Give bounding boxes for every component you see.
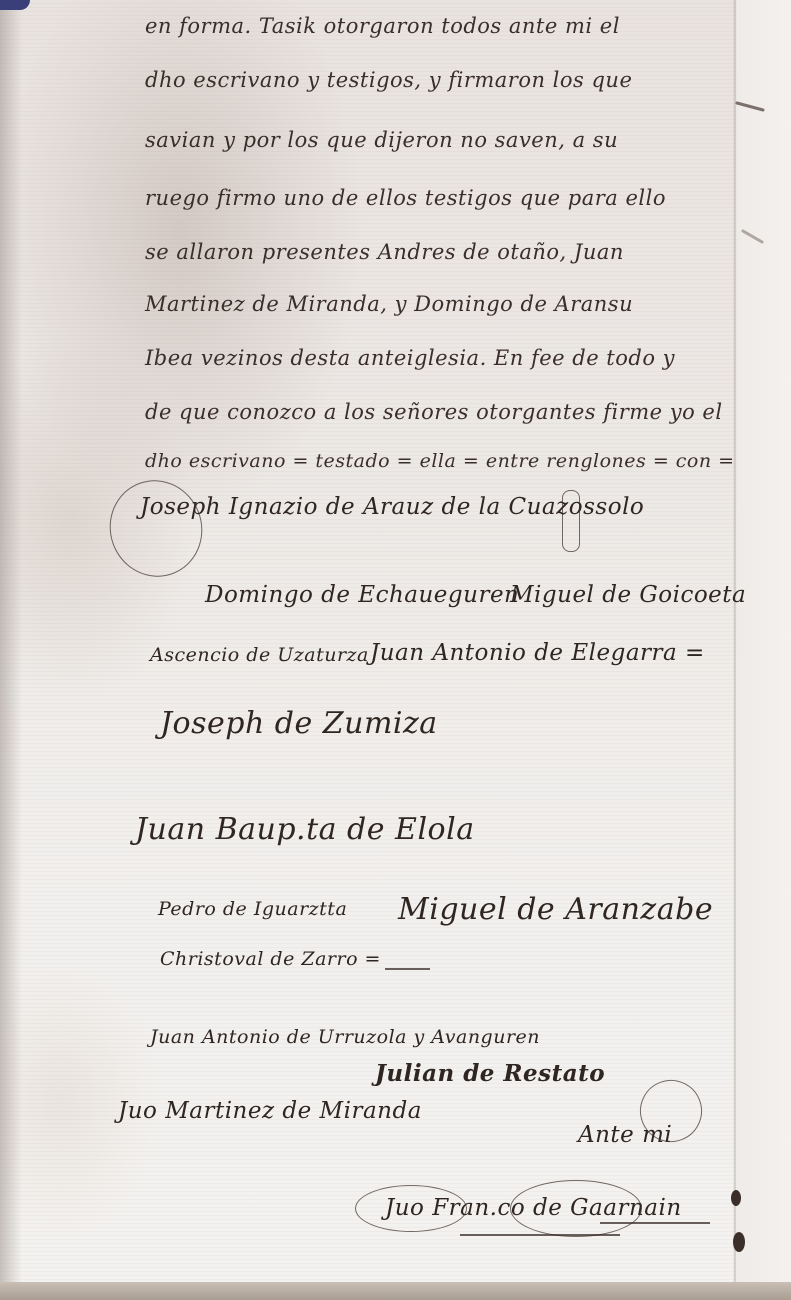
signature: Juan Antonio de Urruzola y Avanguren — [150, 1026, 540, 1048]
signature-flourish — [355, 1185, 467, 1232]
rubric-flourish — [562, 490, 580, 552]
body-line: en forma. Tasik otorgaron todos ante mi … — [145, 14, 620, 38]
manuscript-page: en forma. Tasik otorgaron todos ante mi … — [0, 0, 791, 1300]
signature: Ascencio de Uzaturza — [150, 644, 369, 666]
rubric-lines — [600, 1222, 710, 1224]
signature: Domingo de Echaueguren — [205, 582, 519, 608]
signature: Miguel de Goicoeta — [510, 582, 746, 608]
signature: Juan Baup.ta de Elola — [135, 812, 475, 847]
binding-shadow — [0, 0, 22, 1300]
body-line: Martinez de Miranda, y Domingo de Aransu — [145, 292, 633, 316]
adjacent-page-edge — [737, 0, 791, 1300]
signature: Miguel de Aranzabe — [398, 892, 713, 927]
body-line: de que conozco a los señores otorgantes … — [145, 400, 723, 424]
body-line: ruego firmo uno de ellos testigos que pa… — [145, 186, 666, 210]
signature: Pedro de Iguarztta — [158, 898, 347, 920]
signature-flourish — [510, 1180, 642, 1237]
signature: Juan Antonio de Elegarra = — [370, 640, 705, 666]
signature-underline — [385, 968, 430, 970]
page-tear-mark — [733, 1232, 745, 1252]
signature: Christoval de Zarro = — [160, 948, 381, 970]
page-bottom-edge — [0, 1282, 791, 1300]
body-line: dho escrivano y testigos, y firmaron los… — [145, 68, 632, 92]
signature: Joseph de Zumiza — [160, 706, 438, 741]
page-tear-mark — [731, 1190, 741, 1206]
body-line: Ibea vezinos desta anteiglesia. En fee d… — [145, 346, 675, 370]
body-line: savian y por los que dijeron no saven, a… — [145, 128, 618, 152]
body-line: dho escrivano = testado = ella = entre r… — [145, 450, 735, 472]
signature: Julian de Restato — [375, 1060, 605, 1087]
body-line: se allaron presentes Andres de otaño, Ju… — [145, 240, 624, 264]
rubric-lines — [460, 1234, 620, 1236]
signature: Juo Martinez de Miranda — [118, 1098, 422, 1124]
